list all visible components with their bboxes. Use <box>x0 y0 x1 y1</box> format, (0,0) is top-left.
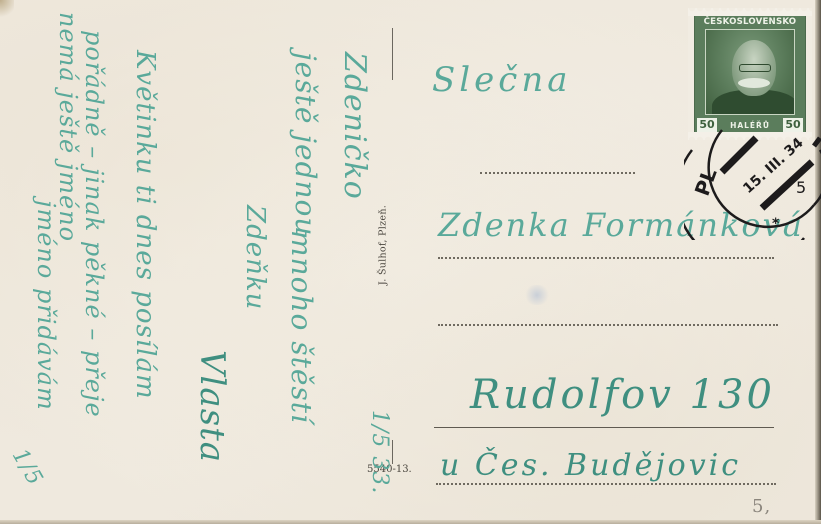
address-street: Rudolfov 130 <box>470 372 775 418</box>
message-line-5: Zdeňku <box>240 205 270 310</box>
postmark: * PL 15. III. 34 5 <box>684 110 821 240</box>
corner-note: 1/5 <box>7 445 48 491</box>
address-line-1 <box>480 172 635 174</box>
message-line-3: mnoho štěstí <box>285 230 318 424</box>
publisher-imprint: J. Šulhof, Plzeň. <box>378 205 389 285</box>
postmark-number: 5 <box>796 178 806 197</box>
address-line-4 <box>434 427 774 428</box>
ink-stain <box>525 285 549 305</box>
message-line-2: ještě jednou <box>289 52 322 236</box>
center-divider-bottom <box>392 440 393 464</box>
message-line-10: jméno přidávám <box>32 200 60 411</box>
message-signature: Vlasta <box>192 350 232 463</box>
center-divider-top <box>392 28 393 80</box>
card-edge-right <box>815 0 821 524</box>
address-line-5 <box>436 483 776 485</box>
address-city: u Čes. Budějovic <box>440 448 741 483</box>
address-salutation: Slečna <box>432 60 572 100</box>
message-line-7: Květinku ti dnes posílám <box>130 50 160 400</box>
side-date-note: 1/5 33. <box>367 410 392 494</box>
postcard-back: J. Šulhof, Plzeň. 5540-13. Slečna Zdenka… <box>0 0 821 524</box>
message-line-8: pořádně – jinak pěkné – přeje <box>80 30 108 418</box>
svg-text:*: * <box>772 216 780 232</box>
card-edge-bottom <box>0 520 821 524</box>
corner-stain <box>0 0 14 18</box>
address-line-3 <box>438 324 778 326</box>
message-line-1: Zdeničko <box>337 52 372 200</box>
pencil-mark: 5, <box>752 496 771 517</box>
address-line-2 <box>438 257 774 259</box>
